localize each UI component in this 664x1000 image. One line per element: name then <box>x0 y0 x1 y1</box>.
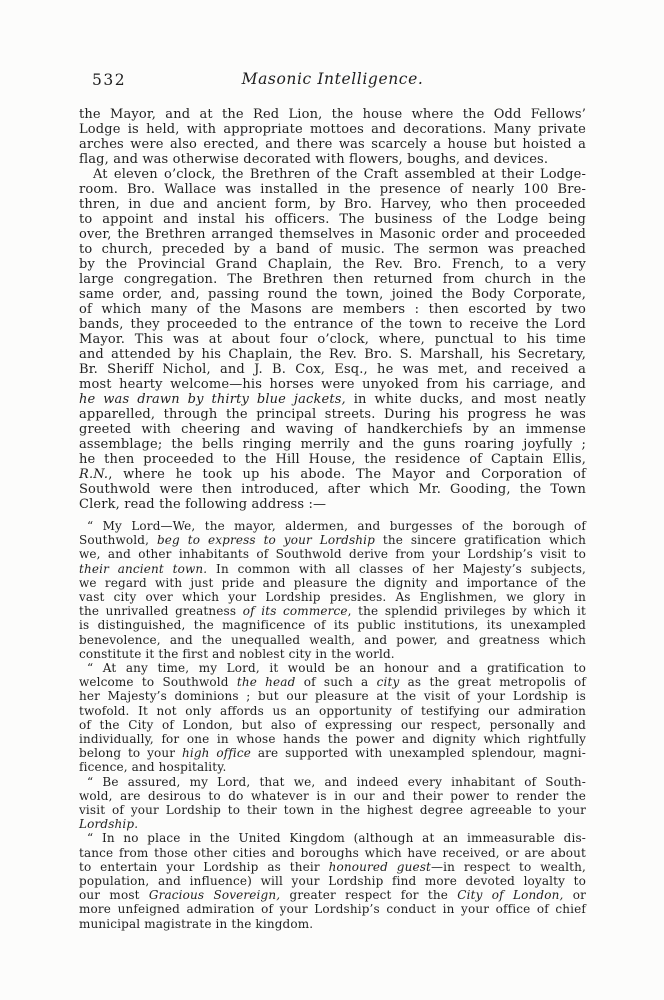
italic-text: Lordship. <box>79 817 138 831</box>
text-line: and attended by his Chaplain, the Rev. B… <box>79 347 586 362</box>
text-segment: “ At any time, my Lord, it would be an h… <box>87 661 586 675</box>
text-line: municipal magistrate in the kingdom. <box>79 917 586 931</box>
italic-text: high office <box>182 746 251 760</box>
text-line: “ My Lord—We, the mayor, aldermen, and b… <box>79 519 586 533</box>
text-line: flag, and was otherwise decorated with f… <box>79 152 586 167</box>
text-line: we, and other inhabitants of Southwold d… <box>79 547 586 561</box>
text-segment: and attended by his Chaplain, the Rev. B… <box>79 347 586 362</box>
text-line: Lordship. <box>79 817 586 831</box>
text-segment: to appoint and instal his officers. The … <box>79 212 586 227</box>
text-line: ficence, and hospitality. <box>79 760 586 774</box>
text-segment: greeted with cheering and waving of hand… <box>79 422 586 437</box>
text-segment: we regard with just pride and pleasure t… <box>79 576 586 590</box>
text-line: wold, are desirous to do whatever is in … <box>79 789 586 803</box>
text-segment: to church, preceded by a band of music. … <box>79 242 586 257</box>
text-segment: , where he took up his abode. The Mayor … <box>108 467 586 482</box>
text-line: more unfeigned admiration of your Lordsh… <box>79 902 586 916</box>
text-segment: flag, and was otherwise decorated with f… <box>79 152 548 167</box>
text-segment: welcome to Southwold <box>79 675 237 689</box>
text-line: thren, in due and ancient form, by Bro. … <box>79 197 586 212</box>
paragraph: “ In no place in the United Kingdom (alt… <box>79 831 586 930</box>
italic-text: their ancient town. <box>79 562 207 576</box>
text-line: apparelled, through the principal street… <box>79 407 586 422</box>
text-segment: large congregation. The Brethren then re… <box>79 272 586 287</box>
text-line: twofold. It not only affords us an oppor… <box>79 704 586 718</box>
text-line: welcome to Southwold the head of such a … <box>79 675 586 689</box>
text-segment: over, the Brethren arranged themselves i… <box>79 227 586 242</box>
text-line: to entertain your Lordship as their hono… <box>79 860 586 874</box>
text-line: bands, they proceeded to the entrance of… <box>79 317 586 332</box>
text-segment: by the Provincial Grand Chaplain, the Re… <box>79 257 586 272</box>
text-segment: Br. Sheriff Nichol, and J. B. Cox, Esq.,… <box>79 362 586 377</box>
italic-text: beg to express to your Lordship <box>157 533 375 547</box>
text-segment: bands, they proceeded to the entrance of… <box>79 317 586 332</box>
text-line: same order, and, passing round the town,… <box>79 287 586 302</box>
text-segment: municipal magistrate in the kingdom. <box>79 917 313 931</box>
text-line: arches were also erected, and there was … <box>79 137 586 152</box>
text-segment: the Mayor, and at the Red Lion, the hous… <box>79 107 586 122</box>
text-line: their ancient town. In common with all c… <box>79 562 586 576</box>
text-line: is distinguished, the magnificence of it… <box>79 618 586 632</box>
text-segment: “ My Lord—We, the mayor, aldermen, and b… <box>87 519 586 533</box>
text-line: Southwold, beg to express to your Lordsh… <box>79 533 586 547</box>
italic-text: honoured guest <box>329 860 431 874</box>
text-line: visit of your Lordship to their town in … <box>79 803 586 817</box>
text-segment: “ In no place in the United Kingdom (alt… <box>87 831 586 845</box>
text-segment: our most <box>79 888 149 902</box>
text-segment: most hearty welcome—his horses were unyo… <box>79 377 586 392</box>
text-segment: Southwold were then introduced, after wh… <box>79 482 586 497</box>
text-segment: or <box>563 888 586 902</box>
text-line: Br. Sheriff Nichol, and J. B. Cox, Esq.,… <box>79 362 586 377</box>
text-line: by the Provincial Grand Chaplain, the Re… <box>79 257 586 272</box>
text-segment: to entertain your Lordship as their <box>79 860 329 874</box>
text-segment: the sincere gratification which <box>375 533 586 547</box>
text-line: over, the Brethren arranged themselves i… <box>79 227 586 242</box>
text-segment: of the City of London, but also of expre… <box>79 718 586 732</box>
paragraph: “ Be assured, my Lord, that we, and inde… <box>79 775 586 832</box>
text-line: greeted with cheering and waving of hand… <box>79 422 586 437</box>
text-line: constitute it the first and noblest city… <box>79 647 586 661</box>
text-segment: tance from those other cities and boroug… <box>79 846 586 860</box>
text-line: belong to your high office are supported… <box>79 746 586 760</box>
text-line: to church, preceded by a band of music. … <box>79 242 586 257</box>
text-segment: in white ducks, and most neatly <box>346 392 586 407</box>
text-segment: thren, in due and ancient form, by Bro. … <box>79 197 586 212</box>
italic-text: of its commerce <box>243 604 348 618</box>
text-segment: individually, for one in whose hands the… <box>79 732 586 746</box>
text-segment: Clerk, read the following address :— <box>79 497 326 512</box>
text-line: tance from those other cities and boroug… <box>79 846 586 860</box>
text-line: vast city over which your Lordship presi… <box>79 590 586 604</box>
scanned-book-page: 532 Masonic Intelligence. the Mayor, and… <box>0 0 664 1000</box>
text-segment: Lodge is held, with appropriate mottoes … <box>79 122 586 137</box>
text-line: R.N., where he took up his abode. The Ma… <box>79 467 586 482</box>
page-number: 532 <box>92 71 126 89</box>
text-line: he then proceeded to the Hill House, the… <box>79 452 586 467</box>
text-line: individually, for one in whose hands the… <box>79 732 586 746</box>
address-text-section: “ My Lord—We, the mayor, aldermen, and b… <box>79 519 586 931</box>
text-segment: constitute it the first and noblest city… <box>79 647 395 661</box>
text-segment: of which many of the Masons are members … <box>79 302 586 317</box>
text-line: Southwold were then introduced, after wh… <box>79 482 586 497</box>
text-line: “ Be assured, my Lord, that we, and inde… <box>79 775 586 789</box>
text-segment: twofold. It not only affords us an oppor… <box>79 704 586 718</box>
italic-text: Gracious Sovereign, <box>149 888 280 902</box>
text-line: the Mayor, and at the Red Lion, the hous… <box>79 107 586 122</box>
text-line: population, and influence) will your Lor… <box>79 874 586 888</box>
text-segment: more unfeigned admiration of your Lordsh… <box>79 902 586 916</box>
italic-text: the head <box>237 675 296 689</box>
text-segment: room. Bro. Wallace was installed in the … <box>79 182 586 197</box>
text-segment: same order, and, passing round the town,… <box>79 287 586 302</box>
text-segment: , the splendid privileges by which it <box>348 604 586 618</box>
text-line: room. Bro. Wallace was installed in the … <box>79 182 586 197</box>
paragraph: “ My Lord—We, the mayor, aldermen, and b… <box>79 519 586 661</box>
italic-text: R.N. <box>79 467 108 482</box>
text-segment: “ Be assured, my Lord, that we, and inde… <box>87 775 586 789</box>
text-segment: In common with all classes of her Majest… <box>207 562 586 576</box>
text-segment: benevolence, and the unequalled wealth, … <box>79 633 586 647</box>
text-segment: —in respect to wealth, <box>431 860 586 874</box>
text-segment: vast city over which your Lordship presi… <box>79 590 586 604</box>
text-segment: the unrivalled greatness <box>79 604 243 618</box>
text-line: Mayor. This was at about four o’clock, w… <box>79 332 586 347</box>
text-line: most hearty welcome—his horses were unyo… <box>79 377 586 392</box>
text-segment: are supported with unexampled splendour,… <box>251 746 586 760</box>
text-line: Clerk, read the following address :— <box>79 497 586 512</box>
text-segment: visit of your Lordship to their town in … <box>79 803 586 817</box>
text-line: her Majesty’s dominions ; but our pleasu… <box>79 689 586 703</box>
text-segment: as the great metropolis of <box>399 675 586 689</box>
text-line: assemblage; the bells ringing merrily an… <box>79 437 586 452</box>
paragraph: At eleven o’clock, the Brethren of the C… <box>79 167 586 512</box>
text-line: we regard with just pride and pleasure t… <box>79 576 586 590</box>
italic-text: he was drawn by thirty blue jackets, <box>79 392 346 407</box>
text-line: the unrivalled greatness of its commerce… <box>79 604 586 618</box>
text-segment: her Majesty’s dominions ; but our pleasu… <box>79 689 586 703</box>
text-segment: ficence, and hospitality. <box>79 760 227 774</box>
text-segment: belong to your <box>79 746 182 760</box>
text-line: to appoint and instal his officers. The … <box>79 212 586 227</box>
text-segment: he then proceeded to the Hill House, the… <box>79 452 586 467</box>
text-segment: Mayor. This was at about four o’clock, w… <box>79 332 586 347</box>
text-line: our most Gracious Sovereign, greater res… <box>79 888 586 902</box>
text-line: “ At any time, my Lord, it would be an h… <box>79 661 586 675</box>
text-column: 532 Masonic Intelligence. the Mayor, and… <box>79 70 586 931</box>
paragraph: “ At any time, my Lord, it would be an h… <box>79 661 586 775</box>
text-segment: of such a <box>295 675 376 689</box>
text-line: of the City of London, but also of expre… <box>79 718 586 732</box>
text-line: At eleven o’clock, the Brethren of the C… <box>79 167 586 182</box>
text-segment: population, and influence) will your Lor… <box>79 874 586 888</box>
text-segment: greater respect for the <box>280 888 457 902</box>
text-line: of which many of the Masons are members … <box>79 302 586 317</box>
body-text-section: the Mayor, and at the Red Lion, the hous… <box>79 107 586 512</box>
text-segment: arches were also erected, and there was … <box>79 137 586 152</box>
italic-text: City of London, <box>457 888 563 902</box>
page-header: 532 Masonic Intelligence. <box>79 70 586 90</box>
text-segment: Southwold, <box>79 533 157 547</box>
italic-text: city <box>377 675 400 689</box>
running-title: Masonic Intelligence. <box>79 70 586 88</box>
text-segment: we, and other inhabitants of Southwold d… <box>79 547 586 561</box>
text-line: benevolence, and the unequalled wealth, … <box>79 633 586 647</box>
text-segment: apparelled, through the principal street… <box>79 407 586 422</box>
text-segment: At eleven o’clock, the Brethren of the C… <box>93 167 586 182</box>
text-segment: assemblage; the bells ringing merrily an… <box>79 437 586 452</box>
text-line: he was drawn by thirty blue jackets, in … <box>79 392 586 407</box>
text-line: “ In no place in the United Kingdom (alt… <box>79 831 586 845</box>
paragraph: the Mayor, and at the Red Lion, the hous… <box>79 107 586 167</box>
text-line: Lodge is held, with appropriate mottoes … <box>79 122 586 137</box>
text-segment: wold, are desirous to do whatever is in … <box>79 789 586 803</box>
text-line: large congregation. The Brethren then re… <box>79 272 586 287</box>
text-segment: is distinguished, the magnificence of it… <box>79 618 586 632</box>
